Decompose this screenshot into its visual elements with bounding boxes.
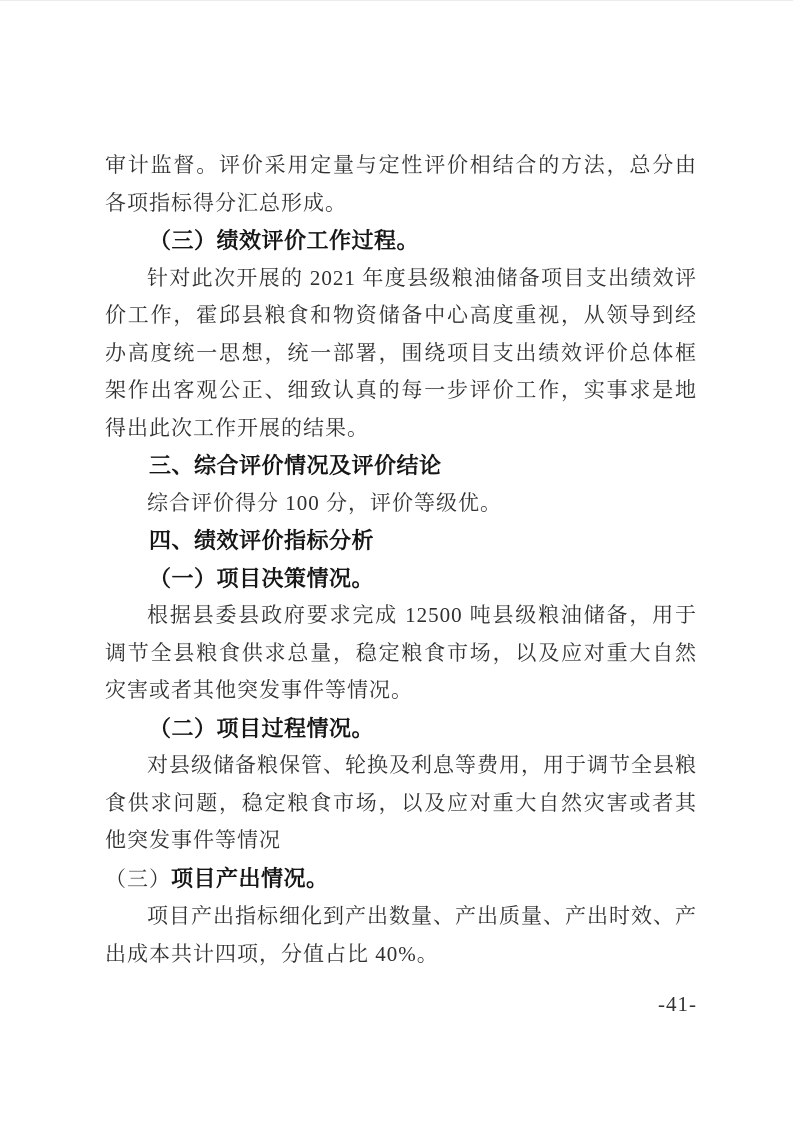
paragraph-evaluation-work-description: 针对此次开展的 2021 年度县级粮油储备项目支出绩效评价工作，霍邱县粮食和物资… (105, 260, 697, 448)
heading-comprehensive-evaluation-conclusion: 三、综合评价情况及评价结论 (105, 447, 697, 485)
heading-project-process: （二）项目过程情况。 (105, 710, 697, 748)
heading-project-output: （三）项目产出情况。 (105, 860, 697, 899)
heading-project-output-number: （三） (105, 867, 171, 891)
page-number: -41- (658, 992, 697, 1017)
document-body: 审计监督。评价采用定量与定性评价相结合的方法，总分由各项指标得分汇总形成。 （三… (105, 147, 697, 973)
paragraph-evaluation-method: 审计监督。评价采用定量与定性评价相结合的方法，总分由各项指标得分汇总形成。 (105, 147, 697, 222)
heading-project-decision: （一）项目决策情况。 (105, 560, 697, 598)
paragraph-project-decision-description: 根据县委县政府要求完成 12500 吨县级粮油储备，用于调节全县粮食供求总量，稳… (105, 597, 697, 710)
paragraph-evaluation-score: 综合评价得分 100 分，评价等级优。 (105, 485, 697, 523)
heading-project-output-title: 项目产出情况。 (171, 866, 329, 891)
paragraph-project-process-description: 对县级储备粮保管、轮换及利息等费用，用于调节全县粮食供求问题，稳定粮食市场，以及… (105, 747, 697, 860)
document-page: 审计监督。评价采用定量与定性评价相结合的方法，总分由各项指标得分汇总形成。 （三… (0, 0, 793, 1122)
heading-performance-indicator-analysis: 四、绩效评价指标分析 (105, 522, 697, 560)
heading-evaluation-work-process: （三）绩效评价工作过程。 (105, 222, 697, 260)
paragraph-project-output-description: 项目产出指标细化到产出数量、产出质量、产出时效、产出成本共计四项，分值占比 40… (105, 898, 697, 973)
